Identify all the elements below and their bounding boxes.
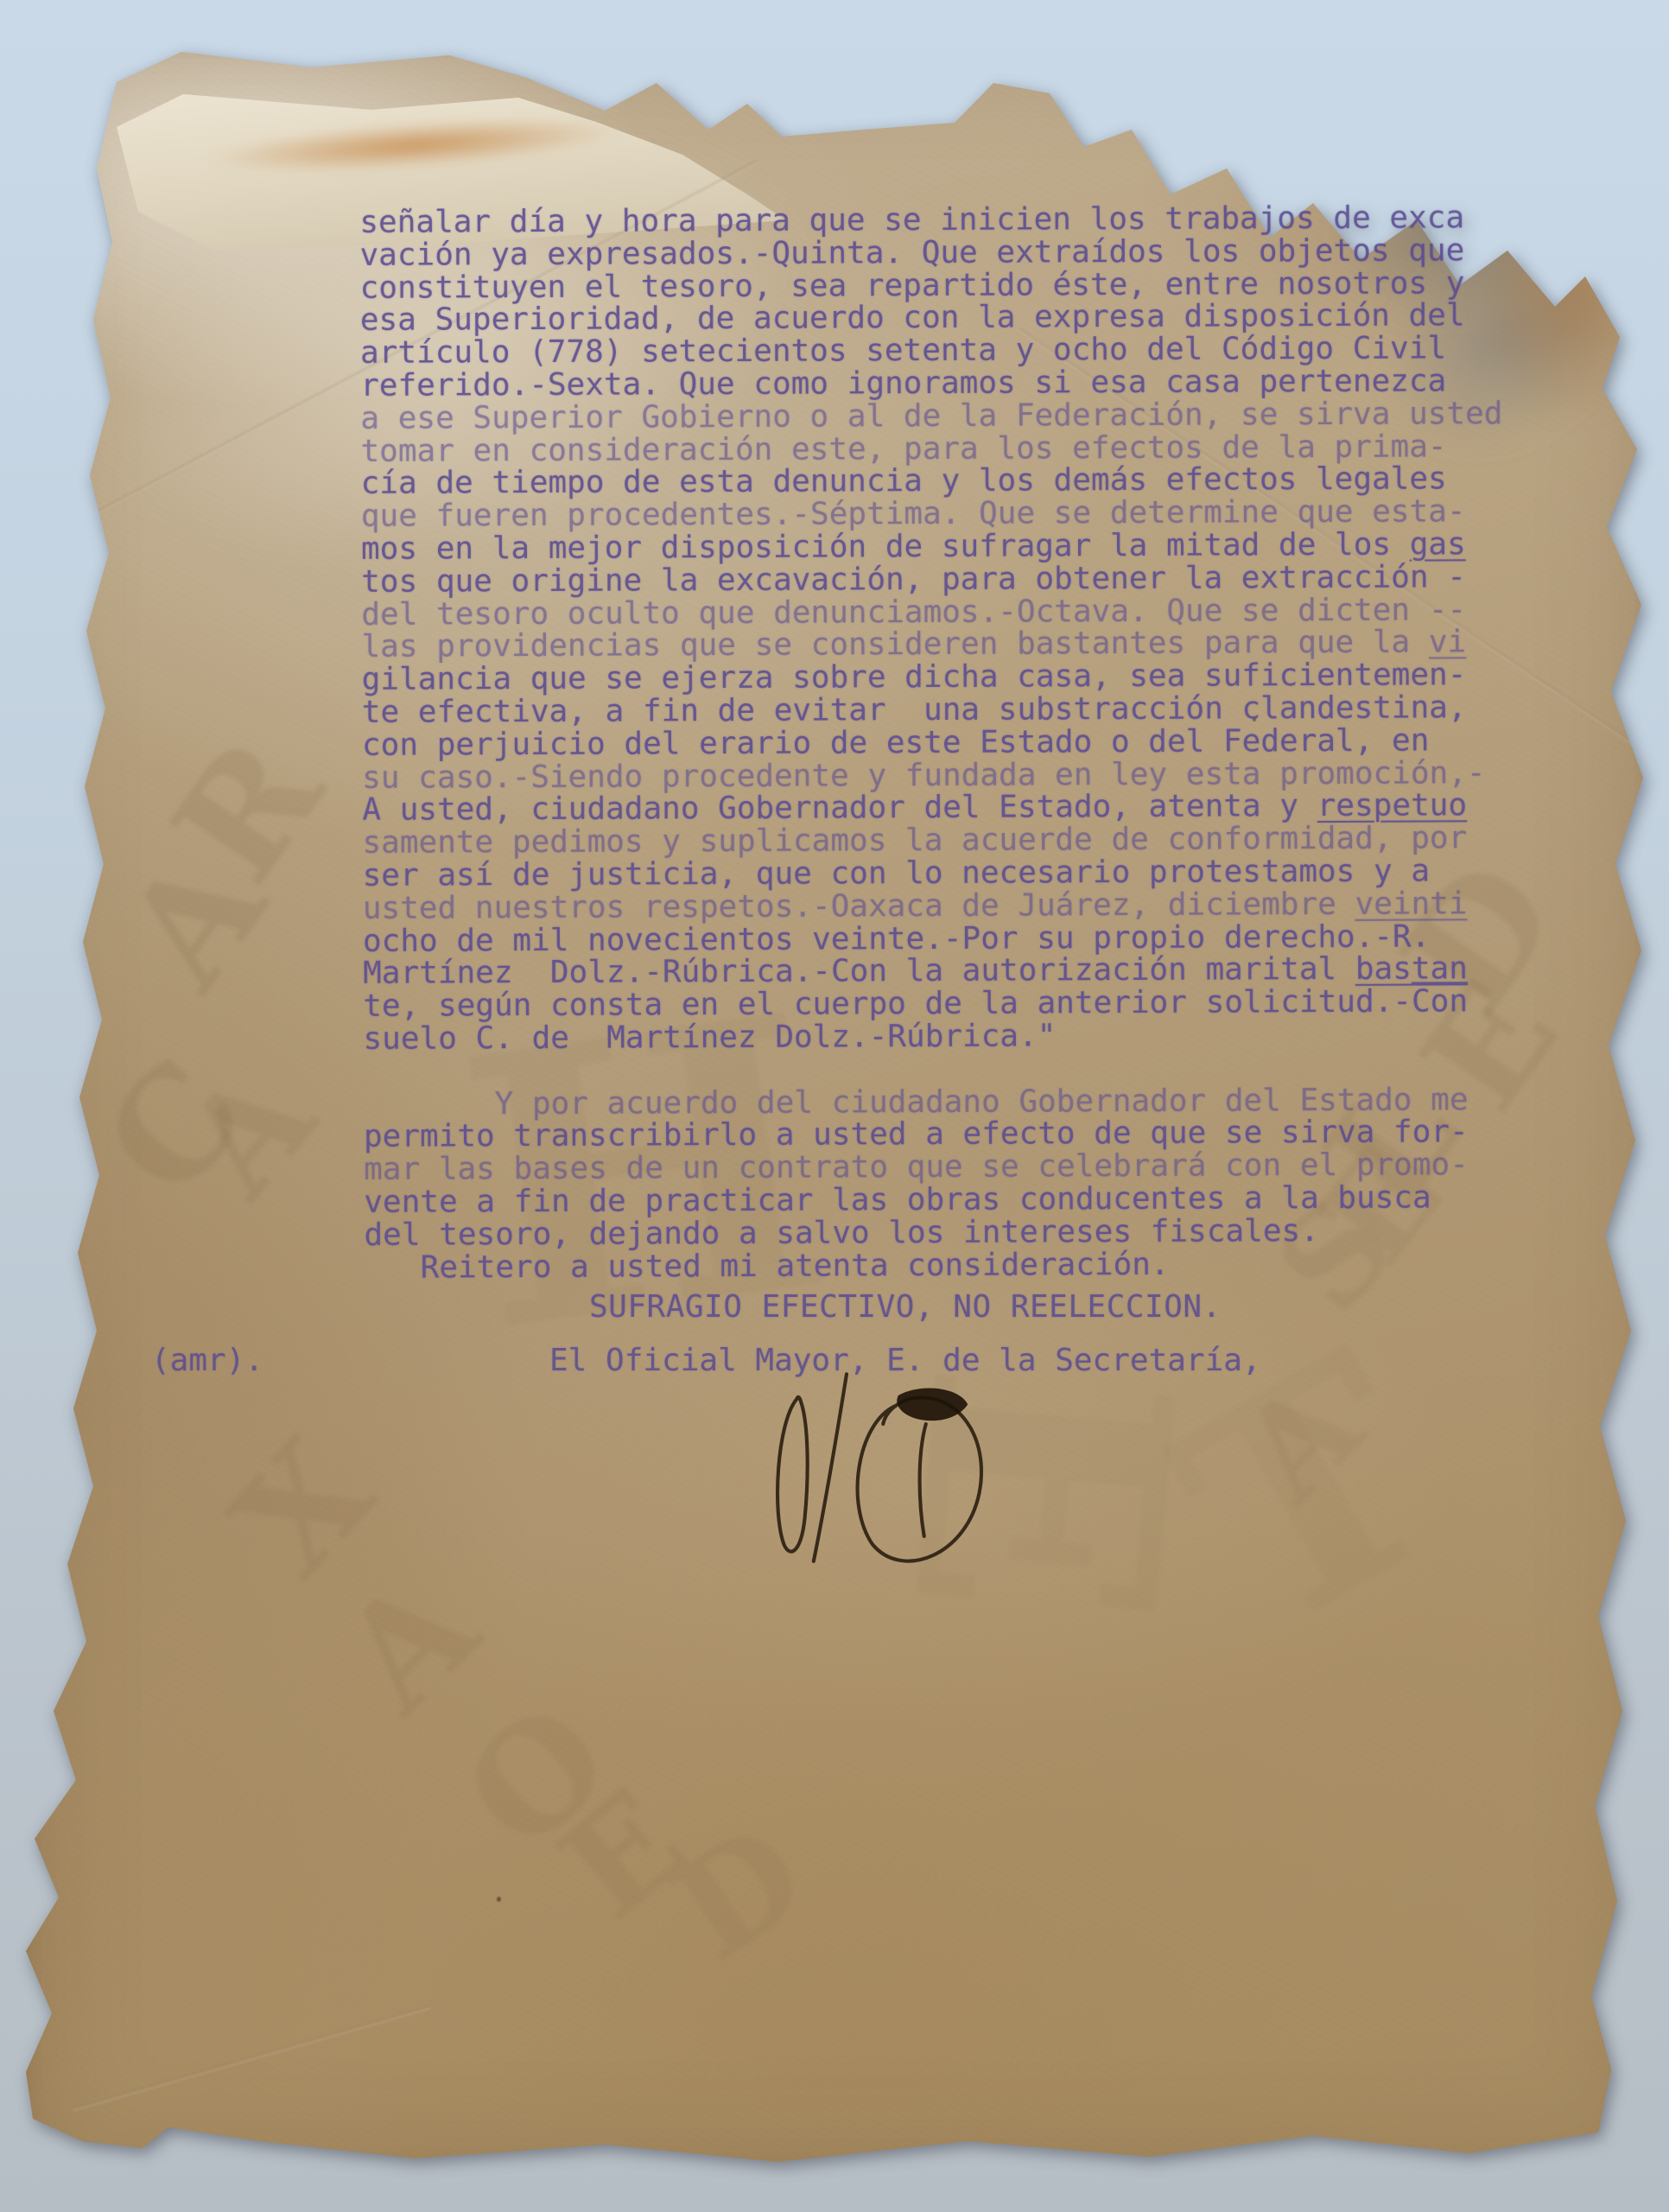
paper-crease — [73, 2006, 431, 2111]
typed-line: Y por acuerdo del ciudadano Gobernador d… — [364, 1084, 1506, 1122]
ghost-stamp-letter: E — [540, 1770, 708, 1941]
ghost-stamp-letter: D — [653, 1804, 825, 1981]
typed-line: las providencias que se consideren basta… — [361, 626, 1503, 664]
ghost-stamp-letter: C — [81, 1036, 269, 1220]
typed-line: del tesoro, dejando a salvo los interese… — [364, 1214, 1506, 1252]
typed-line: suelo C. de Martínez Dolz.-Rúbrica." — [363, 1018, 1505, 1056]
typed-line: su caso.-Siendo procedente y fundada en … — [362, 757, 1504, 795]
typed-line: vente a fin de practicar las obras condu… — [364, 1181, 1506, 1219]
ghost-stamp-letter: A — [163, 1048, 336, 1217]
typed-line: te, según consta en el cuerpo de la ante… — [363, 985, 1505, 1023]
typed-line: tomar en consideración este, para los ef… — [360, 430, 1502, 468]
ink-speck — [497, 1897, 501, 1902]
ghost-stamp-letter: A — [1220, 1359, 1382, 1522]
typed-line: que fueren procedentes.-Séptima. Que se … — [361, 495, 1503, 533]
ink-blob — [897, 1388, 968, 1421]
ghost-stamp-letter: X — [211, 1416, 397, 1599]
typed-line: samente pedimos y suplicamos la acuerde … — [362, 822, 1504, 860]
brown-edge-stain — [1477, 164, 1667, 423]
ghost-stamp-letter: O — [441, 1681, 632, 1873]
scanned-document-page: { "palette": { "background_top": "#c9d9e… — [0, 0, 1669, 2212]
typed-line: usted nuestros respetos.-Oaxaca de Juáre… — [363, 887, 1505, 925]
handwritten-rubric-signature — [733, 1367, 1018, 1593]
typewritten-letter-body: señalar día y hora para que se inicien l… — [359, 201, 1507, 1284]
ghost-stamp-letter: R — [150, 715, 346, 906]
sufragio-motto-line: SUFRAGIO EFECTIVO, NO REELECCION. — [589, 1291, 1222, 1324]
ghost-stamp-letter: A — [102, 831, 288, 1009]
paper-sheet-wrapper: RACAXAOEDDELESAHET señalar día y hora pa… — [0, 0, 1669, 2212]
typist-initials: (amr). — [151, 1344, 263, 1377]
typed-line: mar las bases de un contrato que se cele… — [364, 1148, 1506, 1186]
typed-line: Reitero a usted mi atenta consideración. — [365, 1247, 1507, 1285]
ghost-stamp-letter: A — [318, 1553, 500, 1735]
